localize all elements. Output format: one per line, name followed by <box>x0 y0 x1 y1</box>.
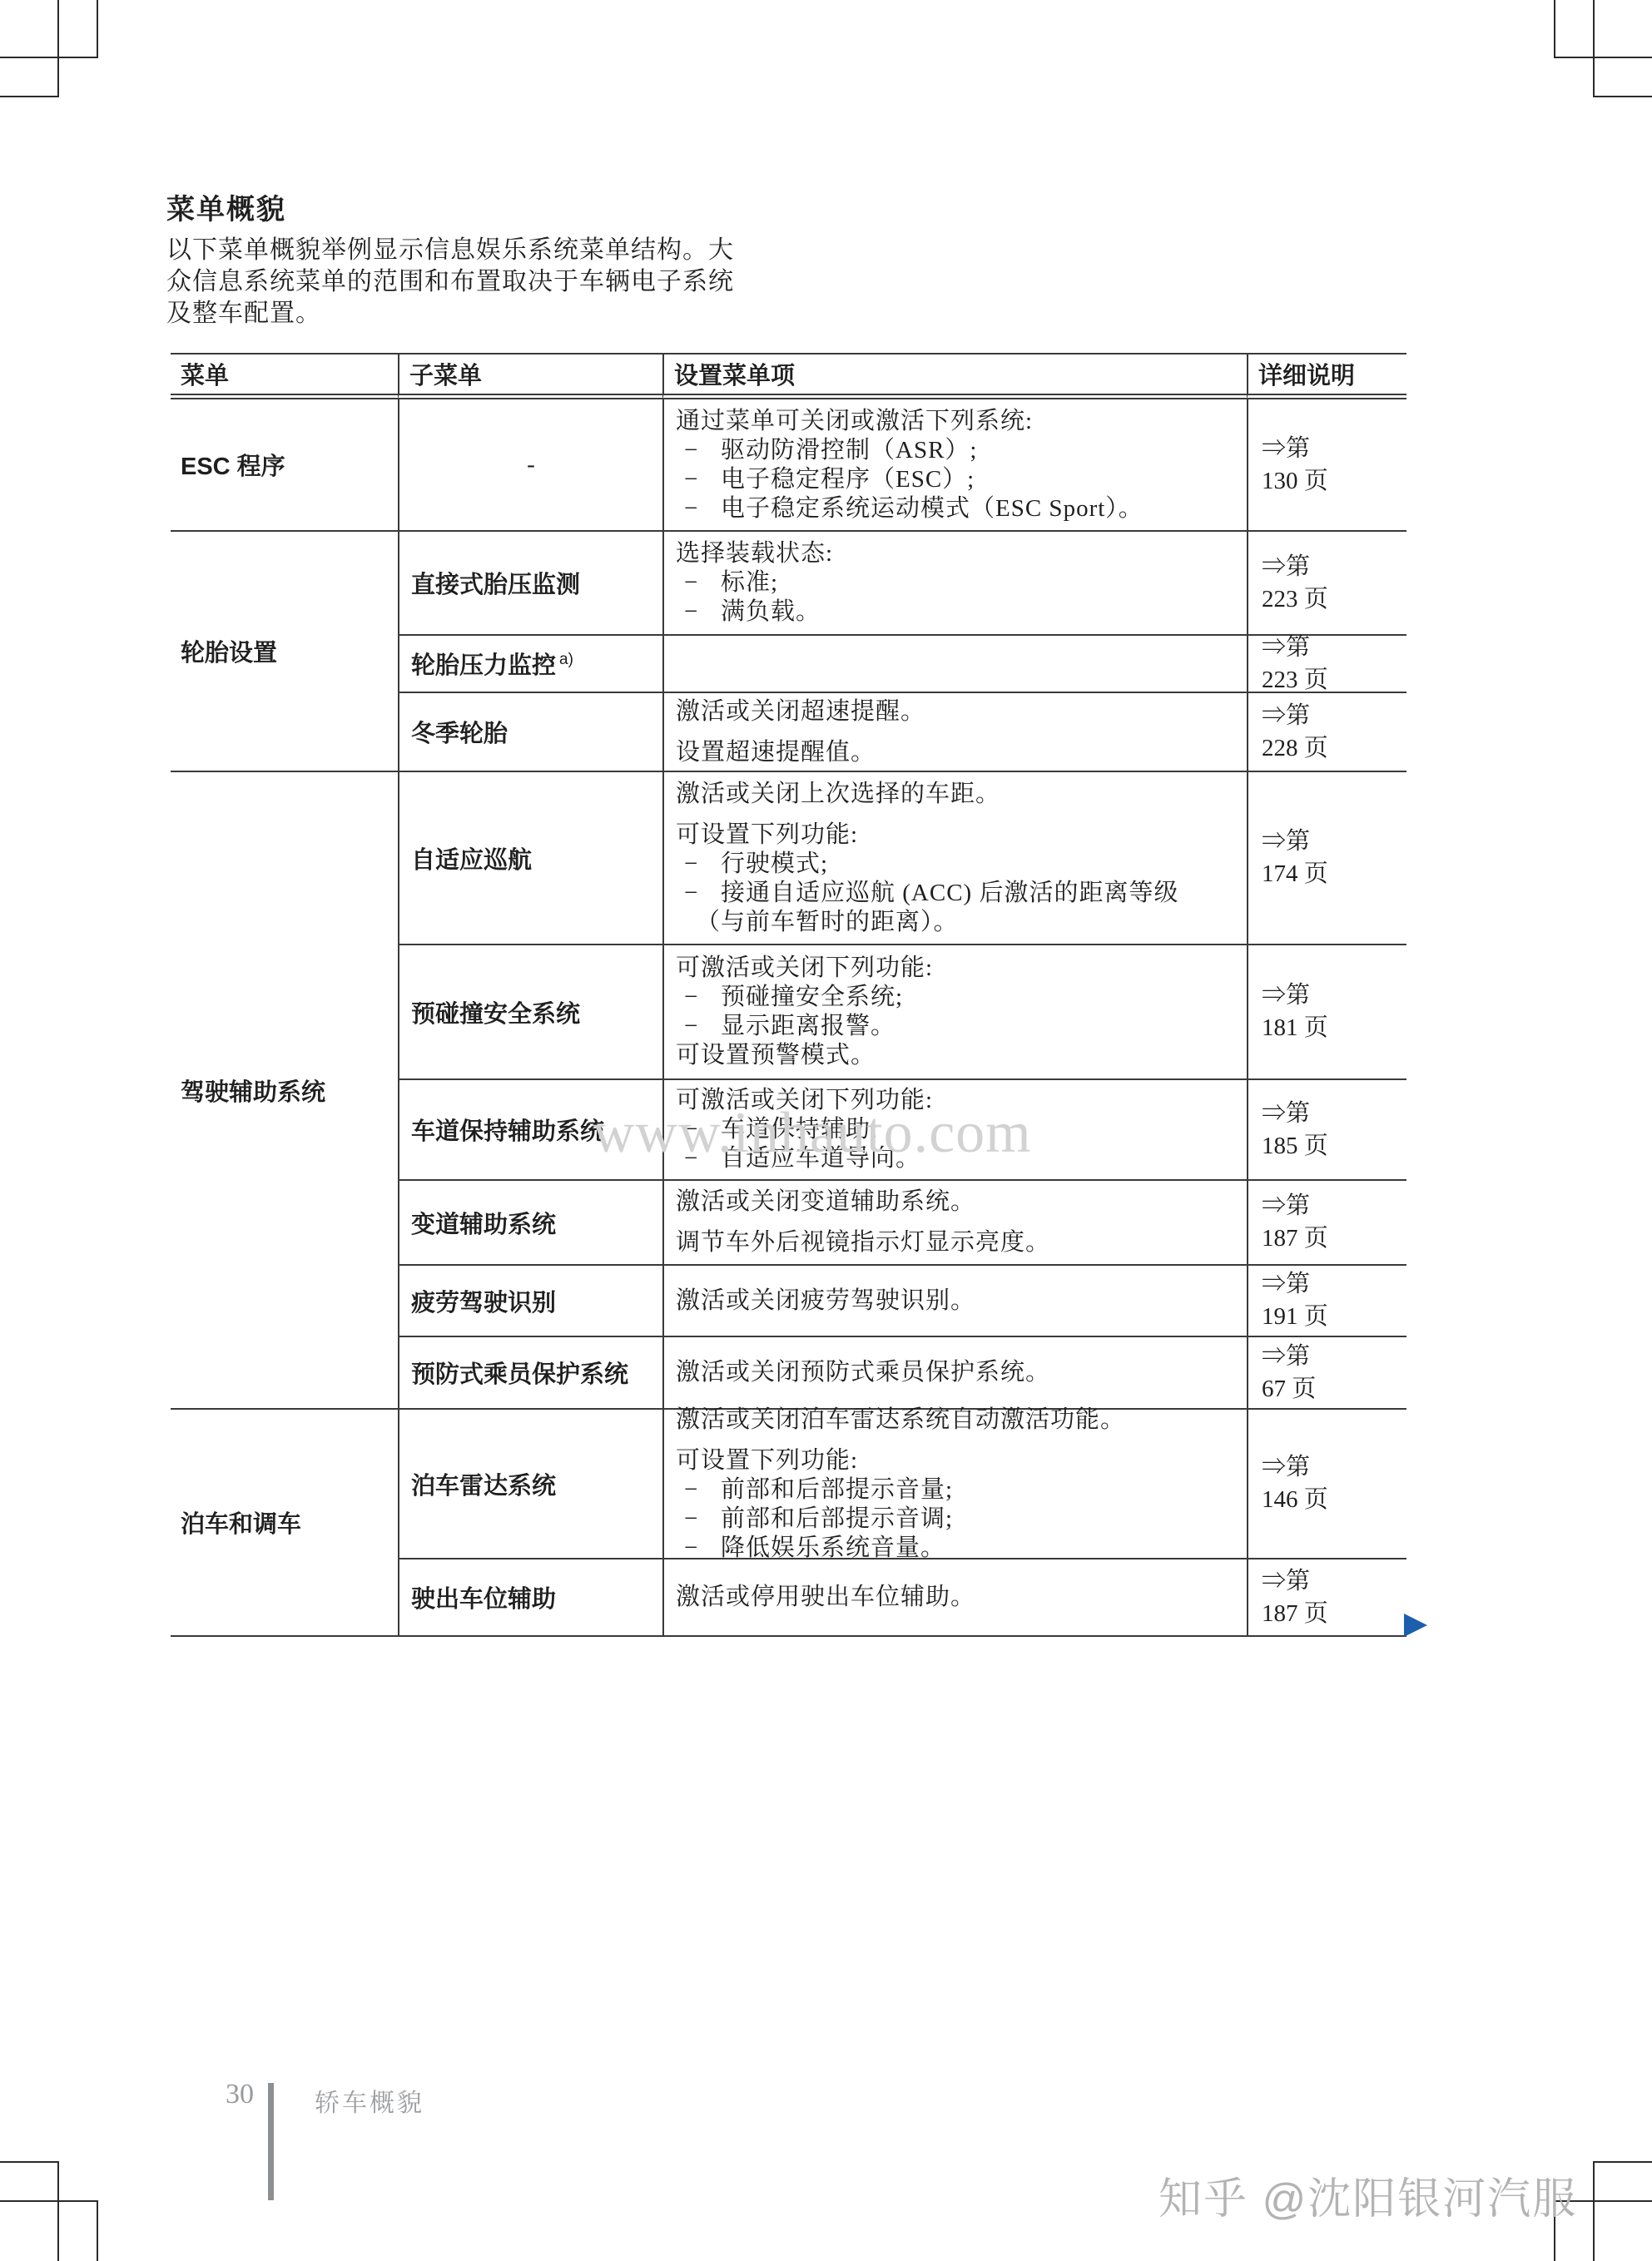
bullet-text: 电子稳定程序（ESC）; <box>721 465 975 494</box>
settings-line: −显示距离报警。 <box>676 1012 1235 1041</box>
bullet-dash: − <box>676 1475 721 1505</box>
details-cell: ⇒第185 页 <box>1247 1078 1406 1179</box>
bullet-dash: − <box>676 983 721 1012</box>
submenu-label: 预防式乘员保护系统 <box>411 1356 662 1390</box>
crop-mark-top-right <box>1554 0 1555 57</box>
footer-chapter-title: 轿车概貌 <box>315 2082 424 2119</box>
bullet-text: 前部和后部提示音量; <box>721 1475 953 1505</box>
bullet-text: 预碰撞安全系统; <box>721 983 903 1012</box>
page-ref-arrow: ⇒第 <box>1262 433 1406 465</box>
column-header-submenu: 子菜单 <box>398 353 662 399</box>
page-ref-number: 228 页 <box>1262 732 1406 765</box>
details-cell: ⇒第228 页 <box>1247 692 1406 771</box>
submenu-cell: 驶出车位辅助 <box>398 1558 662 1637</box>
settings-line: 通过菜单可关闭或激活下列系统: <box>676 407 1235 436</box>
settings-cell: 激活或关闭泊车雷达系统自动激活功能。可设置下列功能:−前部和后部提示音量;−前部… <box>662 1408 1247 1558</box>
submenu-cell: 疲劳驾驶识别 <box>398 1264 662 1336</box>
crop-mark-top-left <box>57 0 59 97</box>
details-cell: ⇒第187 页 <box>1247 1179 1406 1264</box>
page-ref-arrow: ⇒第 <box>1262 1341 1406 1373</box>
intro-paragraph: 以下菜单概貌举例显示信息娱乐系统菜单结构。大 众信息系统菜单的范围和布置取决于车… <box>166 235 799 330</box>
submenu-cell: 直接式胎压监测 <box>398 530 662 634</box>
crop-mark-bottom-left <box>0 2161 58 2163</box>
settings-line: −预碰撞安全系统; <box>676 983 1235 1012</box>
details-cell: ⇒第187 页 <box>1247 1558 1406 1637</box>
bullet-dash: − <box>676 465 721 494</box>
continuation-arrow-icon <box>1404 1614 1427 1637</box>
menu-cell: ESC 程序 <box>171 399 398 530</box>
submenu-cell: 轮胎压力监控a) <box>398 634 662 692</box>
submenu-label: 轮胎压力监控a) <box>411 647 662 681</box>
settings-line: 可设置预警模式。 <box>676 1041 1235 1070</box>
settings-line: 调节车外后视镜指示灯显示亮度。 <box>676 1228 1235 1257</box>
column-header-settings: 设置菜单项 <box>662 353 1247 399</box>
menu-cell: 泊车和调车 <box>171 1408 398 1637</box>
column-header-menu: 菜单 <box>171 353 398 399</box>
submenu-label: 自适应巡航 <box>411 841 662 875</box>
settings-cell: 激活或关闭超速提醒。设置超速提醒值。 <box>662 692 1247 771</box>
settings-line: −前部和后部提示音调; <box>676 1505 1235 1534</box>
bullet-text: 接通自适应巡航 (ACC) 后激活的距离等级 <box>721 879 1178 908</box>
page-ref-number: 187 页 <box>1262 1222 1406 1255</box>
details-cell: ⇒第130 页 <box>1247 399 1406 530</box>
bullet-text: 满负载。 <box>721 597 821 627</box>
settings-line: 可设置下列功能: <box>676 821 1235 850</box>
settings-line: −满负载。 <box>676 597 1235 627</box>
settings-line: −前部和后部提示音量; <box>676 1475 1235 1505</box>
zhihu-watermark: 知乎 @沈阳银河汽服 <box>1158 2164 1577 2226</box>
page-ref-number: 181 页 <box>1262 1012 1406 1044</box>
crop-mark-top-left <box>97 0 98 57</box>
page-ref-number: 187 页 <box>1262 1598 1406 1630</box>
details-cell: ⇒第191 页 <box>1247 1264 1406 1336</box>
submenu-label: 预碰撞安全系统 <box>411 995 662 1029</box>
page-ref-number: 185 页 <box>1262 1130 1406 1163</box>
settings-line: （与前车暂时的距离）。 <box>676 908 1235 937</box>
intro-line: 及整车配置。 <box>166 298 799 330</box>
submenu-cell: - <box>398 399 662 530</box>
page-ref-arrow: ⇒第 <box>1262 979 1406 1012</box>
settings-line: −标准; <box>676 568 1235 597</box>
bullet-text: 标准; <box>721 568 778 597</box>
settings-line: 激活或关闭预防式乘员保护系统。 <box>676 1358 1235 1387</box>
bullet-text: 显示距离报警。 <box>721 1012 895 1041</box>
settings-line: 选择装载状态: <box>676 539 1235 568</box>
footnote-marker: a) <box>559 651 573 668</box>
settings-line: 激活或关闭泊车雷达系统自动激活功能。 <box>676 1406 1235 1435</box>
settings-line: 激活或关闭上次选择的车距。 <box>676 780 1235 809</box>
bullet-dash: − <box>676 879 721 908</box>
settings-line: 可设置下列功能: <box>676 1446 1235 1475</box>
bullet-dash: − <box>676 850 721 879</box>
settings-cell: 可激活或关闭下列功能:−预碰撞安全系统;−显示距离报警。可设置预警模式。 <box>662 944 1247 1078</box>
bullet-dash: − <box>676 436 721 465</box>
bullet-dash: − <box>676 1505 721 1534</box>
settings-cell: 激活或关闭疲劳驾驶识别。 <box>662 1264 1247 1336</box>
page-ref-arrow: ⇒第 <box>1262 1098 1406 1130</box>
manual-page: 菜单概貌 以下菜单概貌举例显示信息娱乐系统菜单结构。大 众信息系统菜单的范围和布… <box>0 0 1652 2261</box>
bullet-text: 驱动防滑控制（ASR）; <box>721 436 977 465</box>
settings-line: −接通自适应巡航 (ACC) 后激活的距离等级 <box>676 879 1235 908</box>
crop-mark-bottom-right <box>1594 2161 1652 2163</box>
bullet-text: 电子稳定系统运动模式（ESC Sport）。 <box>721 494 1144 523</box>
settings-line: 激活或关闭变道辅助系统。 <box>676 1188 1235 1217</box>
submenu-label: 疲劳驾驶识别 <box>411 1284 662 1318</box>
crop-mark-bottom-left <box>57 2161 59 2261</box>
settings-line: −驱动防滑控制（ASR）; <box>676 436 1235 465</box>
bullet-dash: − <box>676 597 721 627</box>
bullet-dash: − <box>676 568 721 597</box>
settings-cell: 选择装载状态:−标准;−满负载。 <box>662 530 1247 634</box>
bullet-dash: − <box>676 494 721 523</box>
submenu-label: 冬季轮胎 <box>411 715 662 749</box>
crop-mark-bottom-left <box>97 2200 98 2261</box>
settings-line: −行驶模式; <box>676 850 1235 879</box>
bullet-text: 行驶模式; <box>721 850 828 879</box>
bullet-text: 前部和后部提示音调; <box>721 1505 953 1534</box>
center-watermark: www.inhauto.com <box>593 1100 1032 1167</box>
submenu-label: 直接式胎压监测 <box>411 566 662 600</box>
page-ref-arrow: ⇒第 <box>1262 1268 1406 1301</box>
page-ref-number: 146 页 <box>1262 1484 1406 1516</box>
details-cell: ⇒第146 页 <box>1247 1408 1406 1558</box>
crop-mark-top-right <box>1554 57 1652 58</box>
submenu-label: 变道辅助系统 <box>411 1206 662 1240</box>
page-ref-arrow: ⇒第 <box>1262 1565 1406 1598</box>
page-ref-arrow: ⇒第 <box>1262 551 1406 583</box>
settings-line: 可激活或关闭下列功能: <box>676 954 1235 983</box>
settings-line: 激活或关闭疲劳驾驶识别。 <box>676 1287 1235 1316</box>
submenu-cell: 泊车雷达系统 <box>398 1408 662 1558</box>
page-ref-arrow: ⇒第 <box>1262 826 1406 858</box>
crop-mark-top-left <box>0 96 58 97</box>
intro-line: 以下菜单概貌举例显示信息娱乐系统菜单结构。大 <box>166 235 799 266</box>
submenu-label: 泊车雷达系统 <box>411 1467 662 1501</box>
submenu-label: 驶出车位辅助 <box>411 1580 662 1614</box>
page-ref-arrow: ⇒第 <box>1262 632 1406 664</box>
details-cell: ⇒第181 页 <box>1247 944 1406 1078</box>
menu-cell: 轮胎设置 <box>171 530 398 771</box>
details-cell: ⇒第223 页 <box>1247 530 1406 634</box>
details-cell: ⇒第67 页 <box>1247 1336 1406 1408</box>
settings-cell: 激活或关闭上次选择的车距。可设置下列功能:−行驶模式;−接通自适应巡航 (ACC… <box>662 771 1247 944</box>
settings-cell: 激活或关闭变道辅助系统。调节车外后视镜指示灯显示亮度。 <box>662 1179 1247 1264</box>
submenu-cell: 冬季轮胎 <box>398 692 662 771</box>
menu-cell: 驾驶辅助系统 <box>171 771 398 1408</box>
settings-cell: 激活或停用驶出车位辅助。 <box>662 1558 1247 1637</box>
page-ref-arrow: ⇒第 <box>1262 1451 1406 1484</box>
submenu-cell: 预防式乘员保护系统 <box>398 1336 662 1408</box>
bullet-dash: − <box>676 1012 721 1041</box>
details-cell: ⇒第223 页 <box>1247 634 1406 692</box>
footer-divider-bar <box>268 2083 274 2200</box>
page-title: 菜单概貌 <box>166 186 286 227</box>
page-ref-arrow: ⇒第 <box>1262 700 1406 732</box>
settings-cell <box>662 634 1247 692</box>
settings-line: −电子稳定程序（ESC）; <box>676 465 1235 494</box>
crop-mark-bottom-right <box>1593 2161 1595 2261</box>
settings-line: 设置超速提醒值。 <box>676 738 1235 767</box>
crop-mark-top-right <box>1593 0 1595 97</box>
submenu-cell: 自适应巡航 <box>398 771 662 944</box>
footer-page-number: 30 <box>215 2079 265 2110</box>
page-ref-number: 191 页 <box>1262 1301 1406 1333</box>
page-ref-number: 130 页 <box>1262 465 1406 498</box>
crop-mark-bottom-left <box>0 2200 98 2202</box>
page-ref-number: 174 页 <box>1262 858 1406 890</box>
settings-cell: 激活或关闭预防式乘员保护系统。 <box>662 1336 1247 1408</box>
page-ref-arrow: ⇒第 <box>1262 1190 1406 1222</box>
submenu-cell: 变道辅助系统 <box>398 1179 662 1264</box>
intro-line: 众信息系统菜单的范围和布置取决于车辆电子系统 <box>166 266 799 298</box>
submenu-label: - <box>527 451 535 478</box>
crop-mark-top-right <box>1594 96 1652 97</box>
settings-line: 激活或关闭超速提醒。 <box>676 697 1235 726</box>
settings-line: −电子稳定系统运动模式（ESC Sport）。 <box>676 494 1235 523</box>
page-ref-number: 223 页 <box>1262 583 1406 616</box>
menu-overview-table: 菜单 子菜单 设置菜单项 详细说明 ESC 程序-通过菜单可关闭或激活下列系统:… <box>171 353 1406 1637</box>
column-header-details: 详细说明 <box>1247 353 1406 399</box>
page-ref-number: 67 页 <box>1262 1373 1406 1406</box>
settings-cell: 通过菜单可关闭或激活下列系统:−驱动防滑控制（ASR）;−电子稳定程序（ESC）… <box>662 399 1247 530</box>
crop-mark-top-left <box>0 57 98 58</box>
submenu-cell: 预碰撞安全系统 <box>398 944 662 1078</box>
details-cell: ⇒第174 页 <box>1247 771 1406 944</box>
settings-line: 激活或停用驶出车位辅助。 <box>676 1583 1235 1612</box>
